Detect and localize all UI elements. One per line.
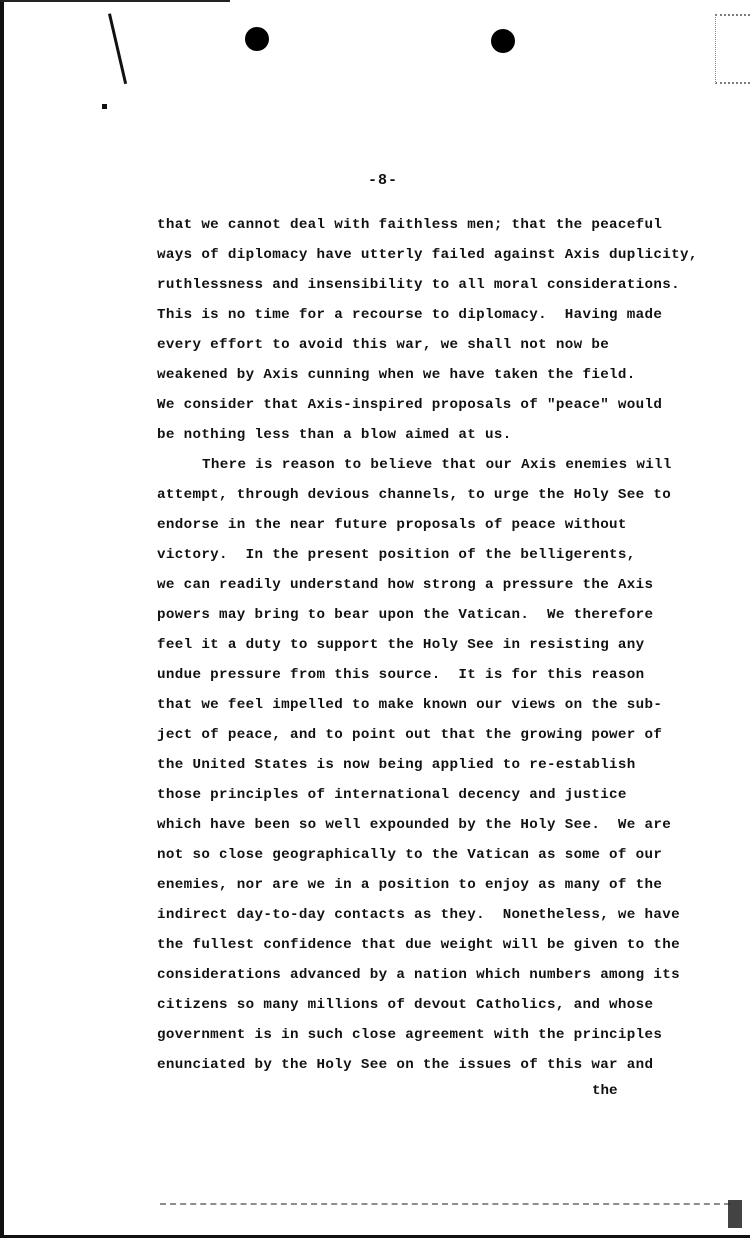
text-line: ject of peace, and to point out that the…	[157, 720, 717, 750]
text-line: endorse in the near future proposals of …	[157, 510, 717, 540]
text-line: every effort to avoid this war, we shall…	[157, 330, 717, 360]
document-page: -8- that we cannot deal with faithless m…	[0, 0, 750, 1238]
text-line: the fullest confidence that due weight w…	[157, 930, 717, 960]
text-line: those principles of international decenc…	[157, 780, 717, 810]
bottom-rule	[160, 1203, 730, 1205]
text-line: powers may bring to bear upon the Vatica…	[157, 600, 717, 630]
text-line: citizens so many millions of devout Cath…	[157, 990, 717, 1020]
body-text: that we cannot deal with faithless men; …	[157, 210, 717, 1080]
scan-left-edge	[0, 0, 4, 1238]
punch-hole-right	[491, 29, 515, 53]
text-line: we can readily understand how strong a p…	[157, 570, 717, 600]
text-line: that we feel impelled to make known our …	[157, 690, 717, 720]
text-line: feel it a duty to support the Holy See i…	[157, 630, 717, 660]
corner-stamp-mark	[715, 14, 750, 84]
text-line: This is no time for a recourse to diplom…	[157, 300, 717, 330]
ink-speck	[102, 104, 107, 109]
text-line: be nothing less than a blow aimed at us.	[157, 420, 717, 450]
text-line: There is reason to believe that our Axis…	[157, 450, 717, 480]
catchword: the	[592, 1076, 618, 1106]
text-line: which have been so well expounded by the…	[157, 810, 717, 840]
text-line: ruthlessness and insensibility to all mo…	[157, 270, 717, 300]
page-number: -8-	[368, 172, 398, 189]
pencil-mark	[108, 13, 127, 84]
text-line: enemies, nor are we in a position to enj…	[157, 870, 717, 900]
text-line: We consider that Axis-inspired proposals…	[157, 390, 717, 420]
scan-top-edge	[0, 0, 230, 2]
text-line: the United States is now being applied t…	[157, 750, 717, 780]
paragraph-1: that we cannot deal with faithless men; …	[157, 210, 717, 450]
text-line: government is in such close agreement wi…	[157, 1020, 717, 1050]
text-line: enunciated by the Holy See on the issues…	[157, 1050, 717, 1080]
punch-hole-left	[245, 27, 269, 51]
text-line: not so close geographically to the Vatic…	[157, 840, 717, 870]
text-line: weakened by Axis cunning when we have ta…	[157, 360, 717, 390]
paragraph-2: There is reason to believe that our Axis…	[157, 450, 717, 1080]
text-line: indirect day-to-day contacts as they. No…	[157, 900, 717, 930]
text-line: ways of diplomacy have utterly failed ag…	[157, 240, 717, 270]
text-line: that we cannot deal with faithless men; …	[157, 210, 717, 240]
text-line: considerations advanced by a nation whic…	[157, 960, 717, 990]
text-line: attempt, through devious channels, to ur…	[157, 480, 717, 510]
text-line: undue pressure from this source. It is f…	[157, 660, 717, 690]
corner-scan-mark	[728, 1200, 742, 1228]
text-line: victory. In the present position of the …	[157, 540, 717, 570]
